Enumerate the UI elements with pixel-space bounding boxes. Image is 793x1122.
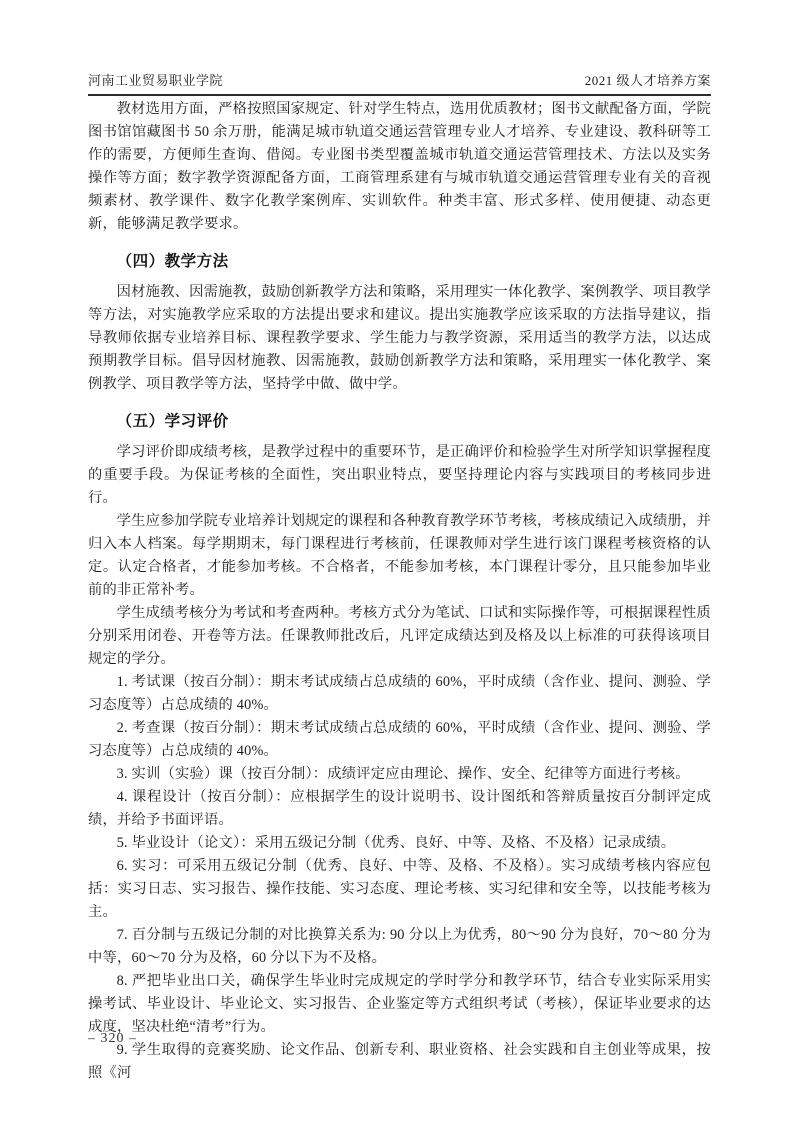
list-item-9-student-achievements: 9. 学生取得的竞赛奖励、论文作品、创新专利、职业资格、社会实践和自主创业等成果… [88,1039,711,1085]
paragraph-exam-eligibility: 学生应参加学院专业培养计划规定的课程和各种教育教学环节考核，考核成绩记入成绩册，… [88,510,711,602]
list-item-5-graduation-design: 5. 毕业设计（论文）：采用五级记分制（优秀、良好、中等、及格、不及格）记录成绩… [88,832,711,855]
list-item-6-internship: 6. 实习：可采用五级记分制（优秀、良好、中等、及格、不及格）。实习成绩考核内容… [88,855,711,924]
document-body: 教材选用方面，严格按照国家规定、针对学生特点，选用优质教材；图书文献配备方面，学… [88,98,711,1085]
paragraph-assessment-types: 学生成绩考核分为考试和考查两种。考核方式分为笔试、口试和实际操作等，可根据课程性… [88,602,711,671]
list-item-3-practical-course: 3. 实训（实验）课（按百分制）：成绩评定应由理论、操作、安全、纪律等方面进行考… [88,763,711,786]
list-item-2-assessment-course: 2. 考查课（按百分制）：期末考试成绩占总成绩的 60%，平时成绩（含作业、提问… [88,717,711,763]
header-institution-name: 河南工业贸易职业学院 [88,70,223,89]
paragraph-evaluation-intro: 学习评价即成绩考核，是教学过程中的重要环节，是正确评价和检验学生对所学知识掌握程… [88,441,711,510]
list-item-4-course-design: 4. 课程设计（按百分制）：应根据学生的设计说明书、设计图纸和答辩质量按百分制评… [88,786,711,832]
header-document-title: 2021 级人才培养方案 [585,70,711,89]
page-header: 河南工业贸易职业学院 2021 级人才培养方案 [88,70,711,96]
paragraph-textbook-resources: 教材选用方面，严格按照国家规定、针对学生特点，选用优质教材；图书文献配备方面，学… [88,98,711,236]
section-heading-learning-evaluation: （五）学习评价 [88,409,711,431]
list-item-8-graduation-requirements: 8. 严把毕业出口关，确保学生毕业时完成规定的学时学分和教学环节，结合专业实际采… [88,970,711,1039]
document-page: 河南工业贸易职业学院 2021 级人才培养方案 教材选用方面，严格按照国家规定、… [0,0,793,1122]
paragraph-teaching-methods: 因材施教、因需施教，鼓励创新教学方法和策略，采用理实一体化教学、案例教学、项目教… [88,281,711,396]
list-item-1-exam-course: 1. 考试课（按百分制）：期末考试成绩占总成绩的 60%，平时成绩（含作业、提问… [88,671,711,717]
page-number: – 320 – [88,1031,137,1047]
list-item-7-grade-conversion: 7. 百分制与五级记分制的对比换算关系为: 90 分以上为优秀，80～90 分为… [88,924,711,970]
section-heading-teaching-methods: （四）教学方法 [88,249,711,271]
